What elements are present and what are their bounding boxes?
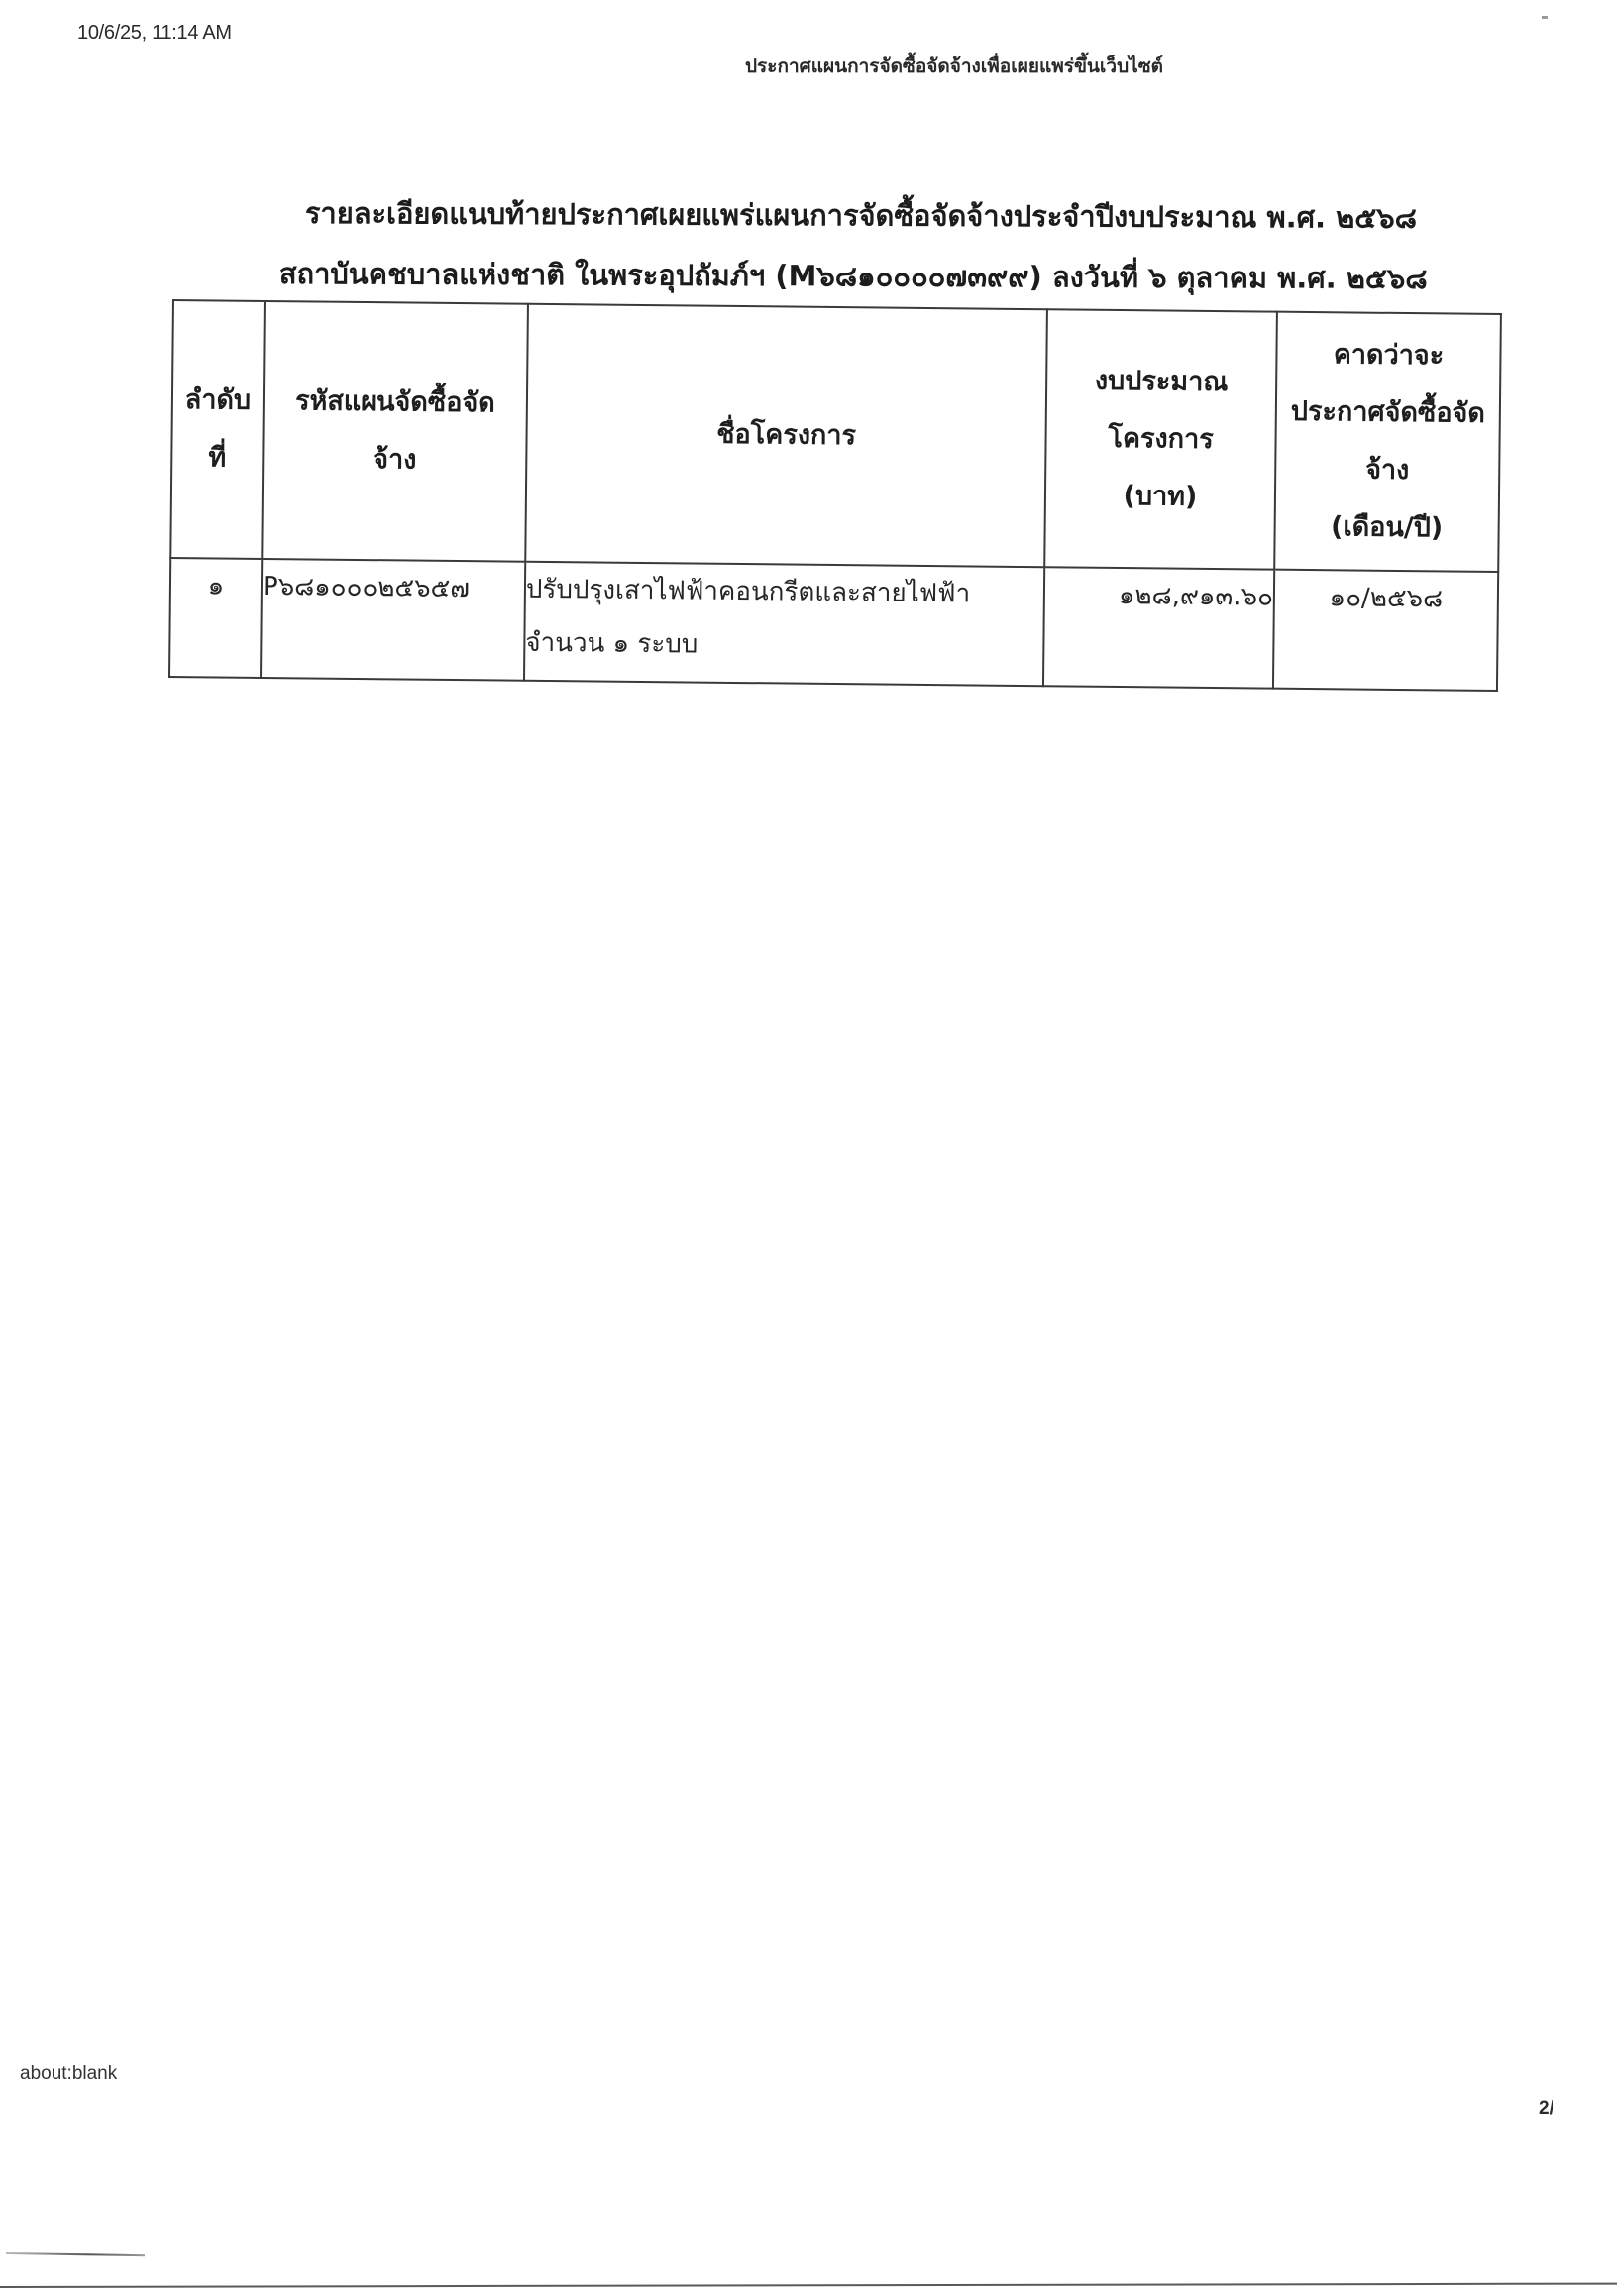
print-header-title: ประกาศแผนการจัดซื้อจัดจ้างเพื่อเผยแพร่ขึ… — [745, 52, 1163, 81]
print-header-datetime: 10/6/25, 11:14 AM — [77, 22, 232, 45]
header-budget-line: โครงการ — [1046, 409, 1275, 469]
header-plan-code-line: จ้าง — [264, 430, 526, 491]
document-title: รายละเอียดแนบท้ายประกาศเผยแพร่แผนการจัดซ… — [305, 190, 1417, 241]
header-expected-month: คาดว่าจะ ประกาศจัดซื้อจัด จ้าง (เดือน/ปี… — [1274, 312, 1501, 572]
header-seq-line: ที่ — [172, 429, 263, 488]
header-seq-line: ลำดับ — [173, 372, 264, 430]
table-header-row: ลำดับ ที่ รหัสแผนจัดซื้อจัด จ้าง ชื่อโคร… — [170, 300, 1501, 572]
table-row: ๑ P๖๘๑๐๐๐๒๕๖๕๗ ปรับปรุงเสาไฟฟ้าคอนกรีตแล… — [169, 558, 1498, 691]
project-name-line-1: ปรับปรุงเสาไฟฟ้าคอนกรีตและสายไฟฟ้า — [526, 563, 1044, 621]
header-expected-month-line: จ้าง — [1276, 441, 1499, 500]
header-budget-line: (บาท) — [1046, 467, 1275, 526]
header-budget: งบประมาณ โครงการ (บาท) — [1044, 309, 1277, 569]
header-budget-line: งบประมาณ — [1047, 352, 1276, 411]
print-footer-page-number: 2/2 — [1539, 2098, 1553, 2120]
print-footer-url: about:blank — [20, 2063, 117, 2085]
project-name-line-2: จำนวน ๑ ระบบ — [525, 616, 1043, 675]
scan-edge-line — [0, 2283, 1617, 2288]
cell-plan-code: P๖๘๑๐๐๐๒๕๖๕๗ — [261, 559, 525, 681]
header-plan-code: รหัสแผนจัดซื้อจัด จ้าง — [262, 301, 528, 562]
header-project-name: ชื่อโครงการ — [525, 304, 1047, 567]
header-seq: ลำดับ ที่ — [170, 300, 265, 559]
cell-project-name: ปรับปรุงเสาไฟฟ้าคอนกรีตและสายไฟฟ้า จำนวน… — [524, 562, 1044, 686]
scan-corner-mark — [1542, 16, 1548, 19]
cell-seq: ๑ — [169, 558, 262, 678]
header-project-name-line: ชื่อโครงการ — [527, 404, 1045, 467]
procurement-plan-table-container: ลำดับ ที่ รหัสแผนจัดซื้อจัด จ้าง ชื่อโคร… — [168, 299, 1500, 692]
procurement-plan-table: ลำดับ ที่ รหัสแผนจัดซื้อจัด จ้าง ชื่อโคร… — [168, 299, 1502, 692]
scan-artifact-line — [6, 2252, 145, 2256]
header-plan-code-line: รหัสแผนจัดซื้อจัด — [265, 373, 527, 433]
header-expected-month-line: ประกาศจัดซื้อจัด — [1277, 383, 1500, 443]
document-subtitle: สถาบันคชบาลแห่งชาติ ในพระอุปถัมภ์ฯ (M๖๘๑… — [279, 251, 1428, 301]
cell-budget: ๑๒๘,๙๑๓.๖๐ — [1043, 567, 1274, 688]
header-expected-month-line: (เดือน/ปี) — [1275, 498, 1498, 558]
cell-expected-month: ๑๐/๒๕๖๘ — [1273, 570, 1498, 691]
header-expected-month-line: คาดว่าจะ — [1277, 326, 1500, 385]
